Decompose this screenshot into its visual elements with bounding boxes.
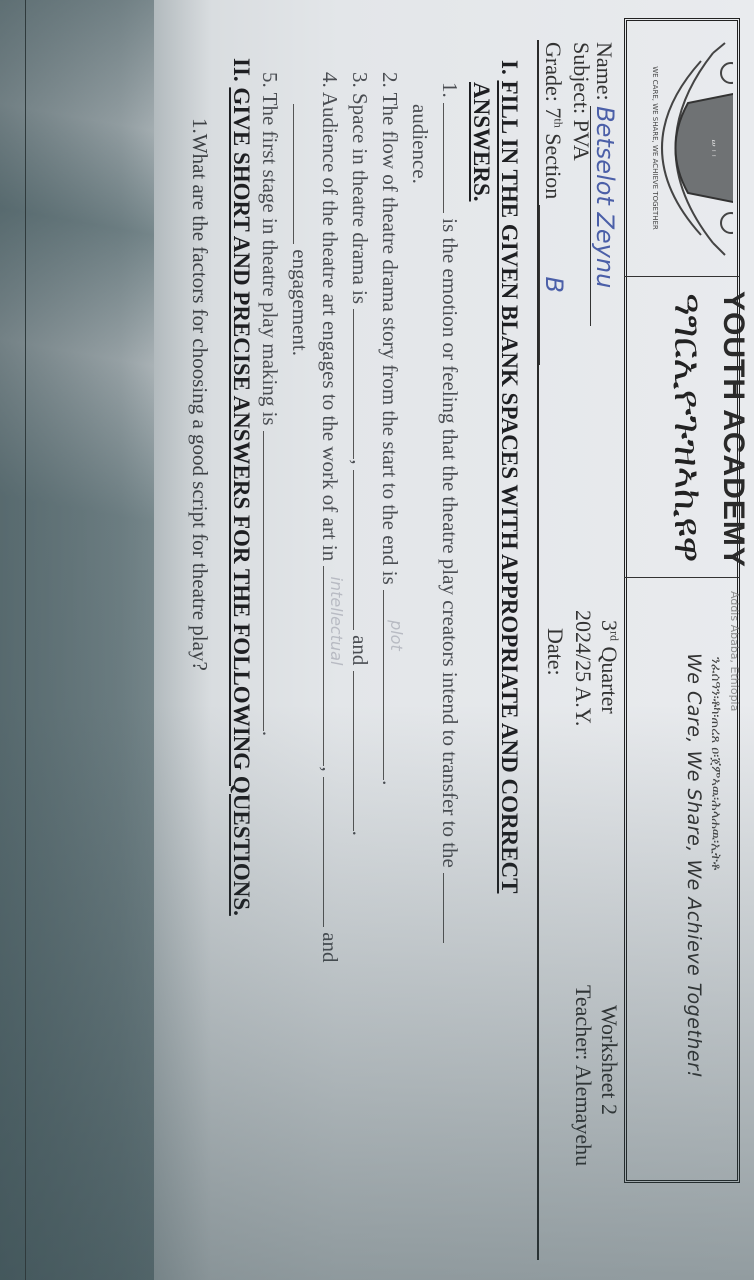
date-label[interactable]: Date:	[542, 628, 568, 676]
question-2-blank[interactable]: plot	[383, 590, 402, 780]
motto: We Care, We Share, We Achieve Together!	[683, 653, 705, 1079]
section-2-question-1: 1.What are the factors for choosing a go…	[187, 118, 212, 671]
name-value: Betselot Zeynu	[590, 106, 619, 326]
question-3-blank-c[interactable]	[353, 671, 372, 831]
academic-year: 2024/25 A.Y.	[570, 610, 596, 726]
quarter-label: 3rd Quarter	[596, 620, 622, 714]
motto-amharic: ንፈሰዓን፡ቶካ፡ጠረጸ ዐ፡ጀምኣዉ፡ሕላሐዉ፡ኢትቶ	[708, 657, 723, 870]
name-label: Name:	[592, 42, 617, 101]
school-logo-icon: WE CARE, WE SHARE, WE ACHIEVE TOGETHER ሠ…	[627, 33, 733, 263]
answer-line[interactable]	[25, 0, 26, 1280]
motto-cell: Addis Ababa, Ethiopia ንፈሰዓን፡ቶካ፡ጠረጸ ዐ፡ጀምኣ…	[625, 591, 735, 1181]
question-3-blank-b[interactable]	[353, 470, 372, 630]
worksheet-number: Worksheet 2	[596, 1005, 622, 1115]
worksheet-page: WE CARE, WE SHARE, WE ACHIEVE TOGETHER ሠ…	[0, 0, 754, 1280]
svg-text:ሠ ፡ ፡: ሠ ፡ ፡	[708, 139, 718, 156]
question-1-cont: audience.	[407, 104, 432, 184]
grade-section-field: Grade: 7th Section B	[539, 42, 568, 365]
question-5: 5. The first stage in theatre play makin…	[257, 72, 282, 736]
question-5-blank[interactable]	[263, 431, 282, 731]
question-1-blank[interactable]	[443, 103, 462, 213]
question-4: 4. Audience of the theatre art engages t…	[317, 72, 342, 963]
subject-label: Subject: PVA	[568, 42, 594, 161]
question-3: 3. Space in theatre drama is , and .	[347, 72, 372, 836]
name-field[interactable]: Name: Betselot Zeynu	[590, 42, 619, 326]
question-2: 2. The flow of theatre drama story from …	[377, 72, 402, 785]
section-1-title-cont: ANSWERS.	[468, 82, 494, 202]
school-name: YOUTH ACADEMY	[716, 291, 750, 568]
question-4-cont: engagement.	[287, 104, 312, 356]
school-name-cell: YOUTH ACADEMY ዓግርኢዮጉዝኣኪዩዋ	[624, 276, 740, 578]
grade-label: Grade: 7	[541, 42, 566, 118]
question-4-blank-c[interactable]	[293, 104, 312, 244]
section-2-title: II. GIVE SHORT AND PRECISE ANSWERS FOR T…	[228, 58, 254, 916]
question-4-blank-b[interactable]	[323, 777, 342, 927]
question-4-blank-a[interactable]: intellectual	[323, 566, 342, 766]
teacher-name: Teacher: Alemayehu	[570, 985, 596, 1166]
question-1: 1. is the emotion or feeling that the th…	[437, 82, 462, 943]
school-name-amharic: ዓግርኢዮጉዝኣኪዩዋ	[665, 293, 710, 563]
question-3-blank-a[interactable]	[353, 309, 372, 459]
address-line: Addis Ababa, Ethiopia	[728, 591, 741, 711]
header-divider	[537, 40, 539, 1260]
section-value[interactable]: B	[539, 205, 568, 365]
header-box: WE CARE, WE SHARE, WE ACHIEVE TOGETHER ሠ…	[624, 18, 740, 1183]
section-label: Section	[541, 133, 566, 199]
section-1-title: I. FILL IN THE GIVEN BLANK SPACES WITH A…	[496, 60, 522, 893]
svg-text:WE CARE, WE SHARE, WE ACHIEVE: WE CARE, WE SHARE, WE ACHIEVE TOGETHER	[651, 66, 659, 230]
